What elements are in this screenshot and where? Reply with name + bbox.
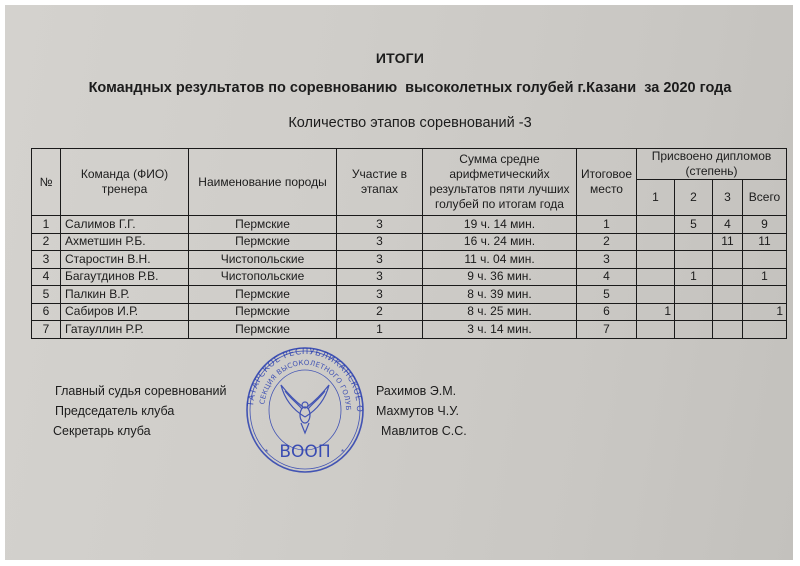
row-sum: 8 ч. 25 мин. (423, 303, 577, 321)
row-place: 7 (577, 321, 637, 339)
row-place: 1 (577, 216, 637, 234)
row-diploma-2 (675, 233, 713, 251)
row-participation: 2 (337, 303, 423, 321)
signature-role: Секретарь клуба (53, 421, 227, 441)
row-breed: Пермские (189, 321, 337, 339)
row-num: 1 (32, 216, 61, 234)
table-row: 4Багаутдинов Р.В.Чистопольские39 ч. 36 м… (32, 268, 787, 286)
document-subtitle: Командных результатов по соревнованию вы… (0, 80, 800, 96)
row-breed: Пермские (189, 216, 337, 234)
row-participation: 3 (337, 251, 423, 269)
row-diploma-total: 11 (743, 233, 787, 251)
table-row: 3Старостин В.Н.Чистопольские311 ч. 04 ми… (32, 251, 787, 269)
row-diploma-2: 1 (675, 268, 713, 286)
row-place: 5 (577, 286, 637, 304)
header-place: Итоговое место (577, 149, 637, 216)
header-diploma-1: 1 (637, 180, 675, 216)
header-diploma-total: Всего (743, 180, 787, 216)
row-team: Ахметшин Р.Б. (61, 233, 189, 251)
row-diploma-3: 11 (713, 233, 743, 251)
row-participation: 3 (337, 268, 423, 286)
dove-icon (281, 385, 329, 433)
row-diploma-1 (637, 268, 675, 286)
row-participation: 3 (337, 216, 423, 234)
row-diploma-total: 1 (743, 303, 787, 321)
row-num: 5 (32, 286, 61, 304)
signature-names: Рахимов Э.М. Махмутов Ч.У. Мавлитов С.С. (376, 381, 467, 441)
row-num: 7 (32, 321, 61, 339)
row-diploma-total: 9 (743, 216, 787, 234)
header-diploma-3: 3 (713, 180, 743, 216)
row-participation: 1 (337, 321, 423, 339)
row-place: 3 (577, 251, 637, 269)
row-place: 2 (577, 233, 637, 251)
row-sum: 3 ч. 14 мин. (423, 321, 577, 339)
svg-text:ВООП: ВООП (279, 442, 330, 462)
header-team: Команда (ФИО) тренера (61, 149, 189, 216)
row-participation: 3 (337, 233, 423, 251)
row-num: 2 (32, 233, 61, 251)
row-diploma-1: 1 (637, 303, 675, 321)
svg-text:*: * (341, 448, 344, 457)
row-team: Гатауллин Р.Р. (61, 321, 189, 339)
row-num: 6 (32, 303, 61, 321)
stamp-seal-icon: ТАТАРСКОЕ РЕСПУБЛИКАНСКОЕ ОТДЕЛЕНИЕ СЕКЦ… (245, 345, 365, 475)
row-diploma-2 (675, 286, 713, 304)
row-diploma-total (743, 321, 787, 339)
svg-text:*: * (265, 448, 268, 457)
row-team: Старостин В.Н. (61, 251, 189, 269)
row-num: 4 (32, 268, 61, 286)
signature-name: Рахимов Э.М. (376, 381, 467, 401)
row-diploma-1 (637, 321, 675, 339)
row-diploma-total: 1 (743, 268, 787, 286)
header-diploma-2: 2 (675, 180, 713, 216)
row-sum: 9 ч. 36 мин. (423, 268, 577, 286)
table-row: 7Гатауллин Р.Р.Пермские13 ч. 14 мин.7 (32, 321, 787, 339)
row-breed: Пермские (189, 233, 337, 251)
row-diploma-3 (713, 286, 743, 304)
table-row: 1Салимов Г.Г.Пермские319 ч. 14 мин.1549 (32, 216, 787, 234)
row-participation: 3 (337, 286, 423, 304)
row-diploma-2 (675, 303, 713, 321)
row-team: Сабиров И.Р. (61, 303, 189, 321)
row-diploma-3 (713, 268, 743, 286)
row-sum: 16 ч. 24 мин. (423, 233, 577, 251)
signature-name: Мавлитов С.С. (381, 421, 467, 441)
signature-role: Председатель клуба (55, 401, 227, 421)
row-team: Салимов Г.Г. (61, 216, 189, 234)
row-breed: Чистопольские (189, 251, 337, 269)
row-diploma-3 (713, 251, 743, 269)
row-num: 3 (32, 251, 61, 269)
row-diploma-1 (637, 233, 675, 251)
official-stamp: ТАТАРСКОЕ РЕСПУБЛИКАНСКОЕ ОТДЕЛЕНИЕ СЕКЦ… (245, 345, 365, 475)
row-diploma-2 (675, 251, 713, 269)
row-diploma-total (743, 251, 787, 269)
header-participation: Участие в этапах (337, 149, 423, 216)
table-row: 6Сабиров И.Р.Пермские28 ч. 25 мин.611 (32, 303, 787, 321)
row-diploma-total (743, 286, 787, 304)
row-place: 6 (577, 303, 637, 321)
table-row: 2Ахметшин Р.Б.Пермские316 ч. 24 мин.2111… (32, 233, 787, 251)
row-diploma-1 (637, 286, 675, 304)
row-diploma-1 (637, 251, 675, 269)
row-diploma-3 (713, 303, 743, 321)
stages-count: Количество этапов соревнований -3 (0, 115, 800, 131)
row-breed: Пермские (189, 303, 337, 321)
row-diploma-1 (637, 216, 675, 234)
header-sum: Сумма средне арифметическийх результатов… (423, 149, 577, 216)
row-team: Палкин В.Р. (61, 286, 189, 304)
header-diplomas: Присвоено дипломов (степень) (637, 149, 787, 180)
row-place: 4 (577, 268, 637, 286)
signature-roles: Главный судья соревнований Председатель … (55, 381, 227, 441)
document-title: ИТОГИ (0, 50, 800, 66)
row-sum: 8 ч. 39 мин. (423, 286, 577, 304)
signature-name: Махмутов Ч.У. (376, 401, 467, 421)
row-sum: 11 ч. 04 мин. (423, 251, 577, 269)
header-num: № (32, 149, 61, 216)
row-diploma-3 (713, 321, 743, 339)
header-breed: Наименование породы (189, 149, 337, 216)
row-diploma-3: 4 (713, 216, 743, 234)
row-breed: Пермские (189, 286, 337, 304)
row-team: Багаутдинов Р.В. (61, 268, 189, 286)
table-row: 5Палкин В.Р.Пермские38 ч. 39 мин.5 (32, 286, 787, 304)
results-table: № Команда (ФИО) тренера Наименование пор… (31, 148, 787, 339)
row-diploma-2 (675, 321, 713, 339)
row-breed: Чистопольские (189, 268, 337, 286)
signature-role: Главный судья соревнований (55, 381, 227, 401)
row-diploma-2: 5 (675, 216, 713, 234)
row-sum: 19 ч. 14 мин. (423, 216, 577, 234)
